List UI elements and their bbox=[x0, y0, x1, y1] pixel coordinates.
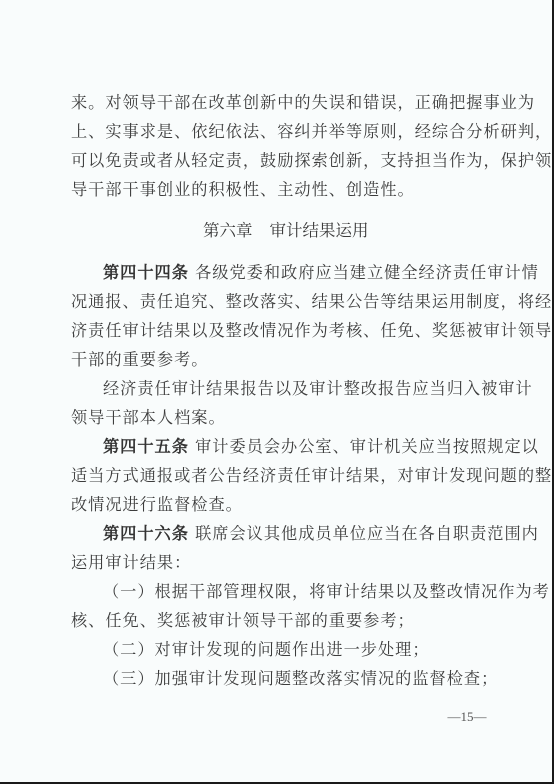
paragraph-line: 运用审计结果： bbox=[71, 552, 485, 574]
paragraph-line: 导干部干事创业的积极性、主动性、创造性。 bbox=[71, 179, 485, 201]
paragraph-line: 上、实事求是、依纪依法、容纠并举等原则，经综合分析研判， bbox=[71, 121, 485, 143]
article-label: 第四十四条 bbox=[103, 263, 189, 282]
article-first-line: 第四十五条 审计委员会办公室、审计机关应当按照规定以 bbox=[103, 436, 485, 458]
article-text: 各级党委和政府应当建立健全经济责任审计情 bbox=[195, 263, 539, 282]
document-page: 来。对领导干部在改革创新中的失误和错误，正确把握事业为 上、实事求是、依纪依法、… bbox=[0, 0, 552, 782]
paragraph-line: 来。对领导干部在改革创新中的失误和错误，正确把握事业为 bbox=[71, 92, 485, 114]
paragraph-line: 改情况进行监督检查。 bbox=[71, 494, 485, 516]
list-item-line: 核、任免、奖惩被审计领导干部的重要参考； bbox=[71, 610, 485, 632]
article-text: 审计委员会办公室、审计机关应当按照规定以 bbox=[195, 437, 539, 456]
paragraph-line: 济责任审计结果以及整改情况作为考核、任免、奖惩被审计领导 bbox=[71, 320, 485, 342]
page-number: —15— bbox=[447, 708, 487, 726]
article-label: 第四十六条 bbox=[103, 524, 189, 543]
chapter-heading: 第六章审计结果运用 bbox=[203, 219, 353, 243]
list-item-line: （二）对审计发现的问题作出进一步处理； bbox=[103, 639, 485, 661]
chapter-title: 审计结果运用 bbox=[270, 221, 369, 240]
paragraph-line: 适当方式通报或者公告经济责任审计结果，对审计发现问题的整 bbox=[71, 465, 485, 487]
chapter-number: 第六章 bbox=[203, 221, 253, 240]
paragraph-line: 干部的重要参考。 bbox=[71, 349, 485, 371]
article-label: 第四十五条 bbox=[103, 437, 189, 456]
paragraph-line: 可以免责或者从轻定责，鼓励探索创新，支持担当作为，保护领 bbox=[71, 150, 485, 172]
list-item-line: （三）加强审计发现问题整改落实情况的监督检查； bbox=[103, 668, 485, 690]
article-text: 联席会议其他成员单位应当在各自职责范围内 bbox=[195, 524, 539, 543]
list-item-line: （一）根据干部管理权限，将审计结果以及整改情况作为考 bbox=[103, 581, 485, 603]
article-first-line: 第四十六条 联席会议其他成员单位应当在各自职责范围内 bbox=[103, 523, 485, 545]
paragraph-line: 经济责任审计结果报告以及审计整改报告应当归入被审计 bbox=[103, 378, 485, 400]
paragraph-line: 领导干部本人档案。 bbox=[71, 407, 485, 429]
article-first-line: 第四十四条 各级党委和政府应当建立健全经济责任审计情 bbox=[103, 262, 485, 284]
paragraph-line: 况通报、责任追究、整改落实、结果公告等结果运用制度，将经 bbox=[71, 291, 485, 313]
